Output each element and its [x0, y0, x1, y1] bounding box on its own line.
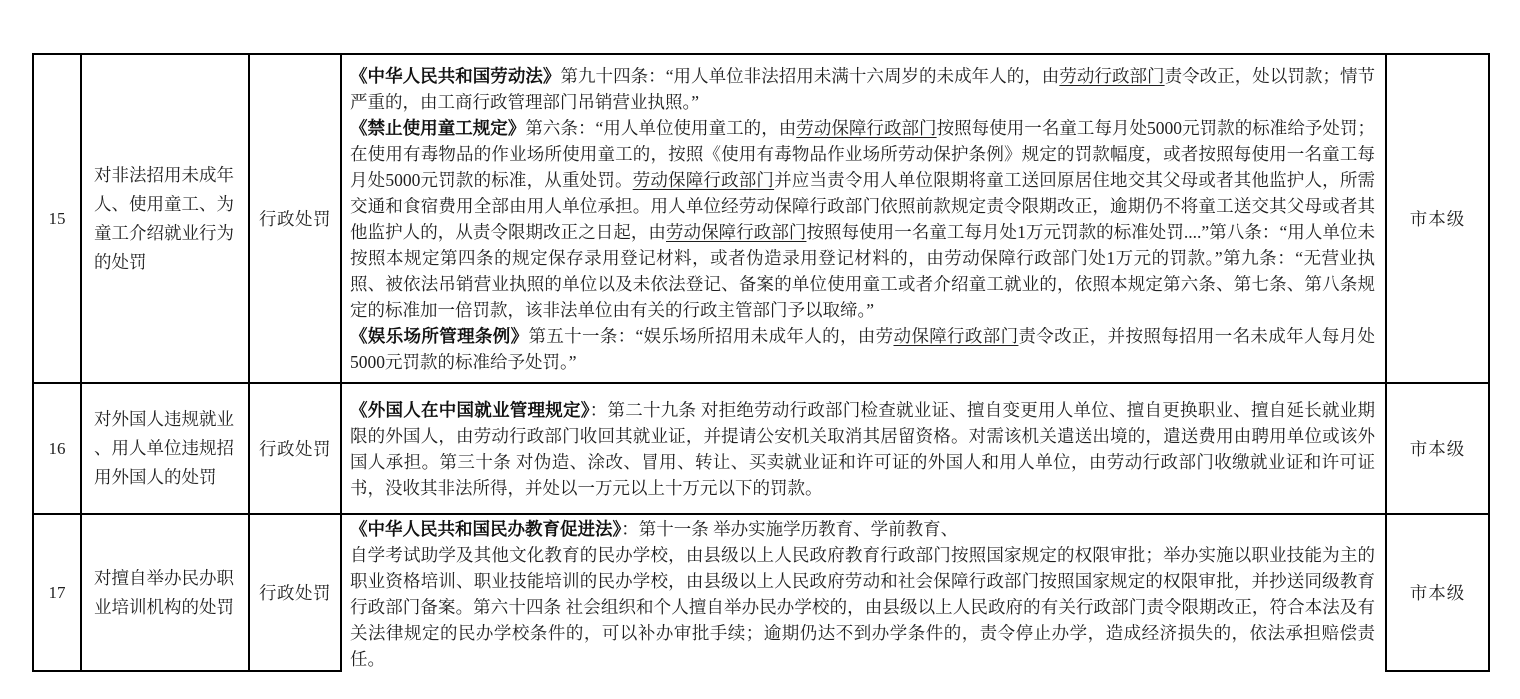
- row-17-level: 市本级: [1410, 580, 1466, 605]
- row-16-name-cell: 对外国人违规就业、用人单位违规招用外国人的处罚: [82, 384, 250, 515]
- row-15-legal-basis-cell: 《中华人民共和国劳动法》第九十四条：“用人单位非法招用未满十六周岁的未成年人的，…: [342, 55, 1387, 384]
- document-page: 15 对非法招用未成年人、使用童工、为童工介绍就业行为的处罚 行政处罚 《中华人…: [0, 0, 1520, 699]
- row-16-name: 对外国人违规就业、用人单位违规招用外国人的处罚: [94, 405, 236, 492]
- row-16-legal-basis-text: 《外国人在中国就业管理规定》：第二十九条 对拒绝劳动行政部门检查就业证、擅自变更…: [350, 397, 1375, 501]
- row-15-legal-basis-text: 《中华人民共和国劳动法》第九十四条：“用人单位非法招用未满十六周岁的未成年人的，…: [350, 63, 1375, 375]
- row-16-level-cell: 市本级: [1387, 384, 1490, 515]
- row-15-seq-cell: 15: [34, 55, 82, 384]
- row-15-level-cell: 市本级: [1387, 55, 1490, 384]
- row-15-level: 市本级: [1410, 206, 1466, 231]
- row-17-seq: 17: [49, 583, 66, 603]
- row-15-type: 行政处罚: [259, 206, 331, 231]
- row-15-seq: 15: [49, 209, 66, 229]
- row-16-seq-cell: 16: [34, 384, 82, 515]
- row-17-name-cell: 对擅自举办民办职业培训机构的处罚: [82, 515, 250, 672]
- row-17-legal-basis-cell: 《中华人民共和国民办教育促进法》：第十一条 举办实施学历教育、学前教育、 自学考…: [342, 515, 1387, 672]
- row-17-level-cell: 市本级: [1387, 515, 1490, 672]
- penalty-items-table: 15 对非法招用未成年人、使用童工、为童工介绍就业行为的处罚 行政处罚 《中华人…: [32, 53, 1490, 672]
- row-17-seq-cell: 17: [34, 515, 82, 672]
- row-17-type-cell: 行政处罚: [250, 515, 342, 672]
- row-15-name: 对非法招用未成年人、使用童工、为童工介绍就业行为的处罚: [94, 161, 236, 277]
- row-16-seq: 16: [49, 439, 66, 459]
- row-16-legal-basis-cell: 《外国人在中国就业管理规定》：第二十九条 对拒绝劳动行政部门检查就业证、擅自变更…: [342, 384, 1387, 515]
- row-15-name-cell: 对非法招用未成年人、使用童工、为童工介绍就业行为的处罚: [82, 55, 250, 384]
- row-17-type: 行政处罚: [259, 580, 331, 605]
- row-16-type-cell: 行政处罚: [250, 384, 342, 515]
- row-17-name: 对擅自举办民办职业培训机构的处罚: [94, 564, 236, 622]
- row-16-type: 行政处罚: [259, 436, 331, 461]
- row-15-type-cell: 行政处罚: [250, 55, 342, 384]
- row-16-level: 市本级: [1410, 436, 1466, 461]
- row-17-legal-basis-text: 《中华人民共和国民办教育促进法》：第十一条 举办实施学历教育、学前教育、 自学考…: [350, 516, 1375, 672]
